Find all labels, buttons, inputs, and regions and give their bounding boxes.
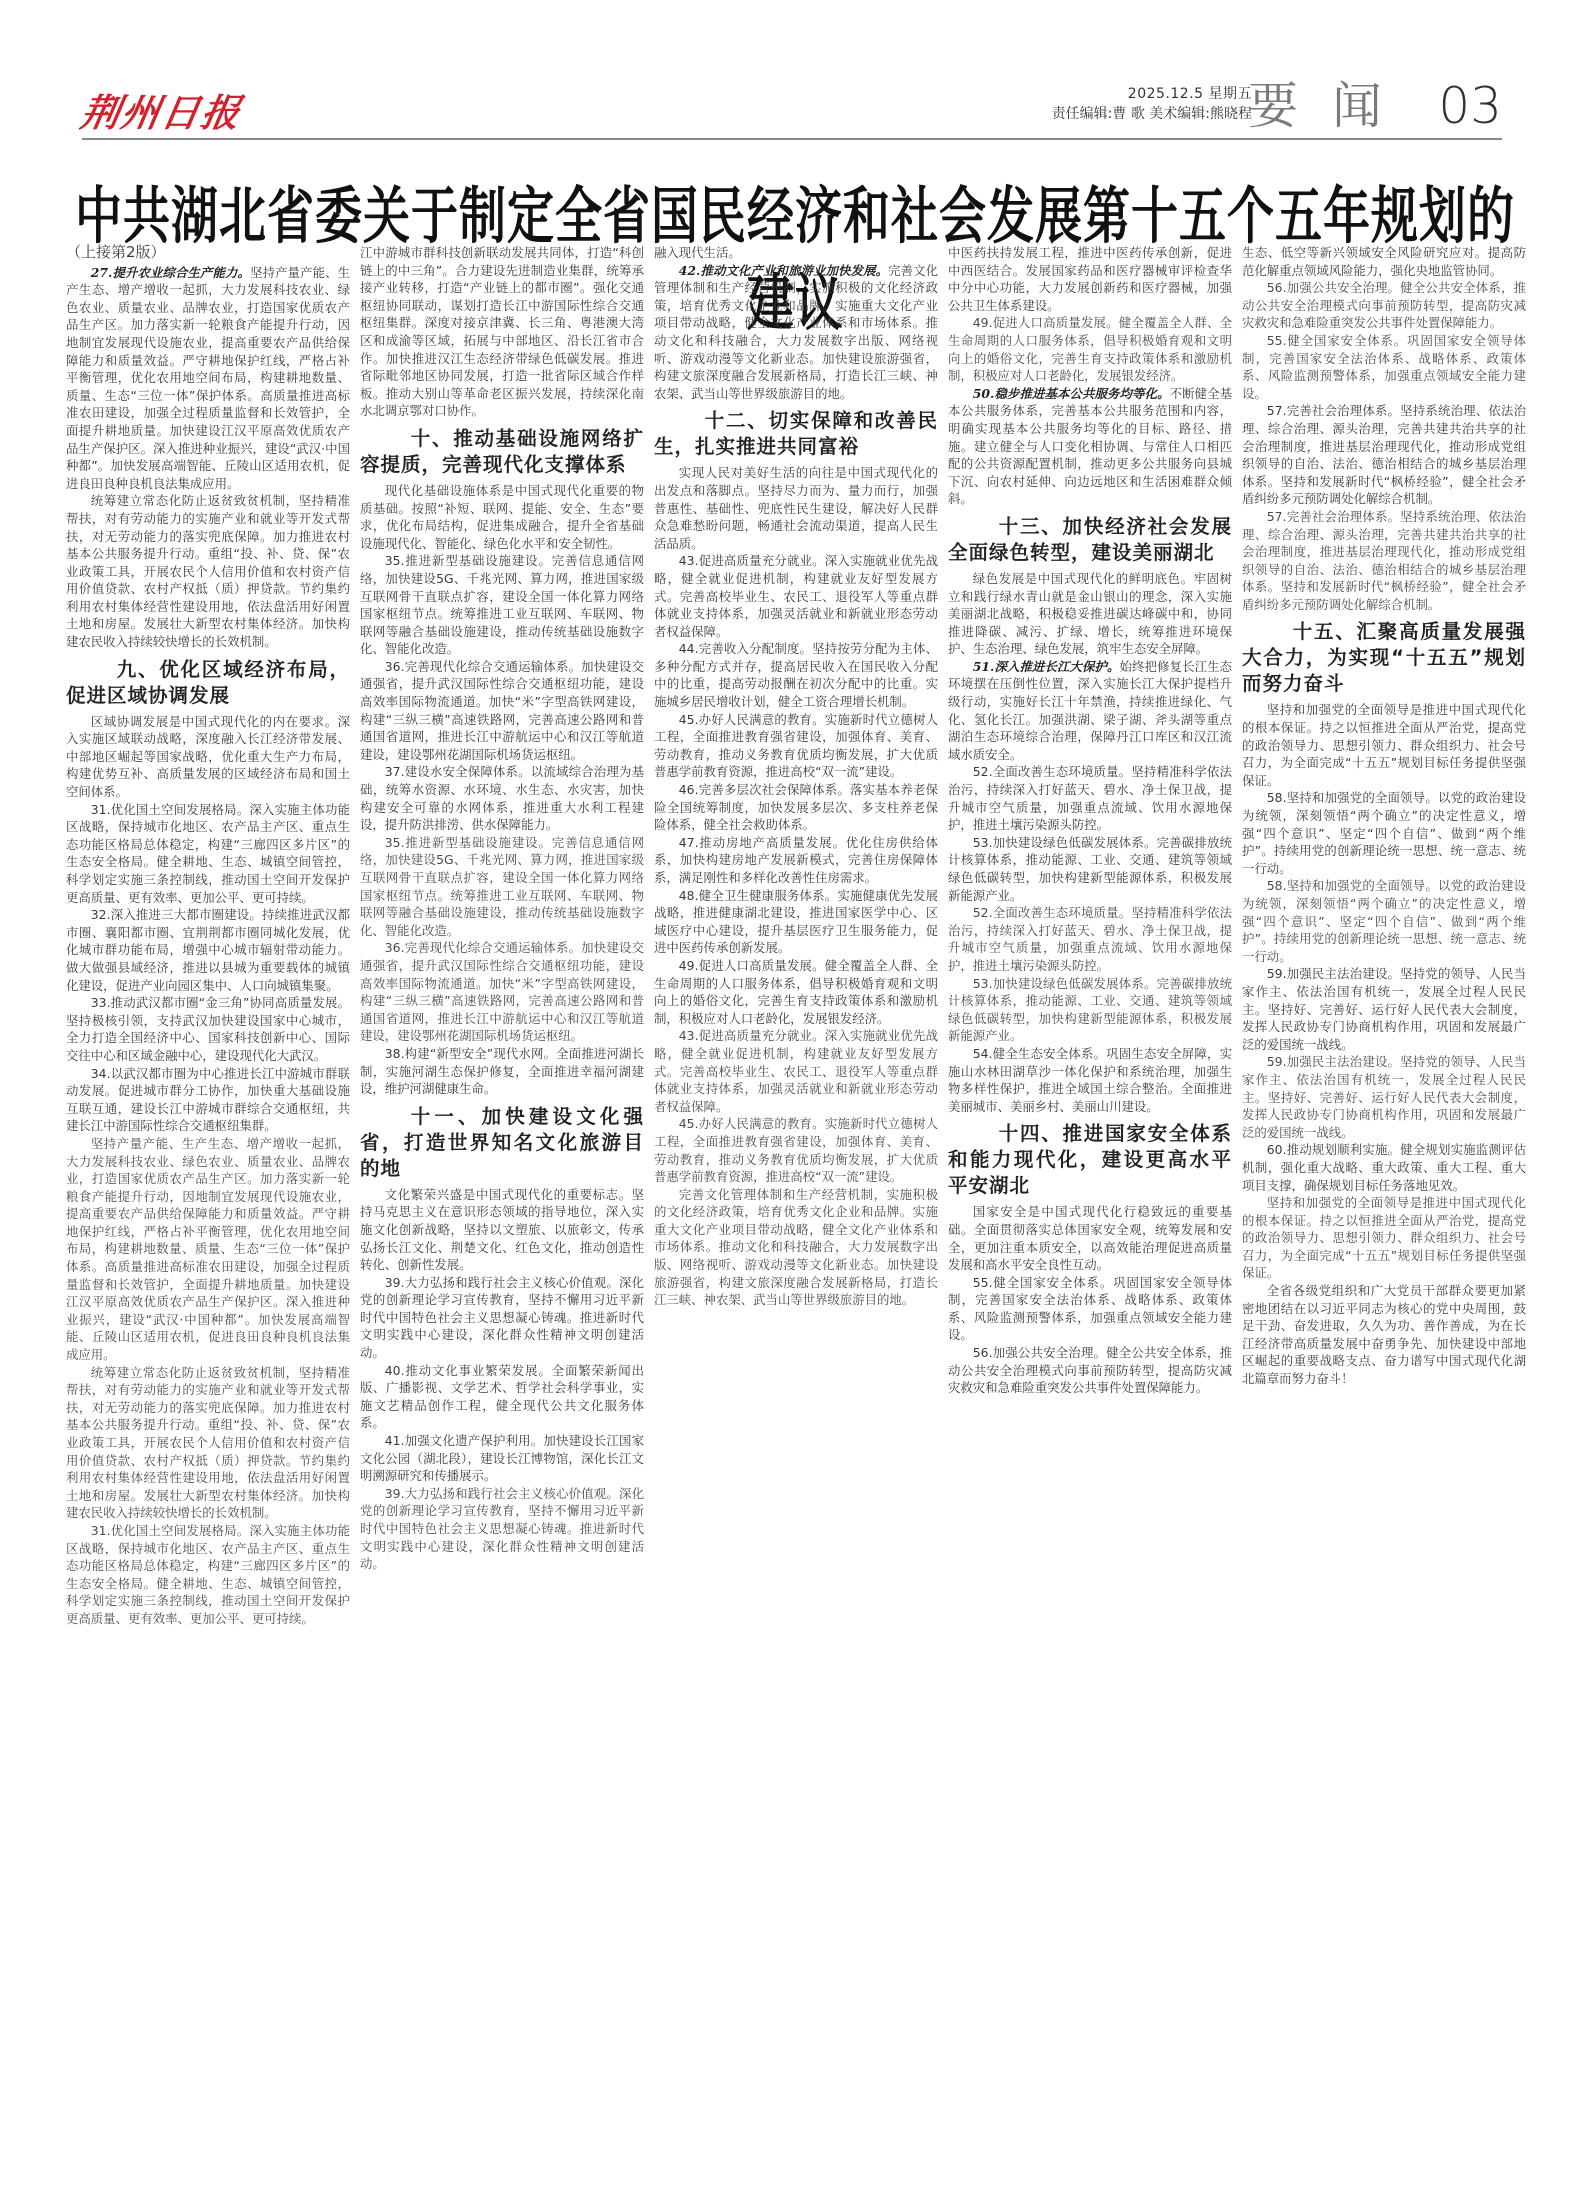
paragraph: 58.坚持和加强党的全面领导。以党的政治建设为统领，深刻领悟“两个确立”的决定性… — [1242, 877, 1526, 965]
section-name: 要闻 — [1248, 78, 1416, 134]
paragraph: 59.加强民主法治建设。坚持党的领导、人民当家作主、依法治国有机统一，发展全过程… — [1242, 1053, 1526, 1141]
paragraph: 53.加快建设绿色低碳发展体系。完善碳排放统计核算体系，推动能源、工业、交通、建… — [948, 834, 1232, 904]
paragraph: 45.办好人民满意的教育。实施新时代立德树人工程，全面推进教育强省建设，加强体育… — [654, 1115, 938, 1185]
paragraph: 实现人民对美好生活的向往是中国式现代化的出发点和落脚点。坚持尽力而为、量力而行，… — [654, 464, 938, 552]
paragraph: 52.全面改善生态环境质量。坚持精准科学依法治污，持续深入打好蓝天、碧水、净土保… — [948, 763, 1232, 833]
paragraph: 35.推进新型基础设施建设。完善信息通信网络，加快建设5G、千兆光网、算力网，推… — [360, 834, 644, 940]
issue-date: 2025.12.5 星期五 — [1052, 84, 1252, 104]
paragraph: 53.加快建设绿色低碳发展体系。完善碳排放统计核算体系，推动能源、工业、交通、建… — [948, 975, 1232, 1045]
paragraph: 绿色发展是中国式现代化的鲜明底色。牢固树立和践行绿水青山就是金山银山的理念，深入… — [948, 570, 1232, 658]
paragraph: 27.提升农业综合生产能力。坚持产量产能、生产生态、增产增收一起抓，大力发展科技… — [66, 264, 350, 493]
paragraph: 38.构建“新型安全”现代水网。全面推进河湖长制，实施河湖生态保护修复，全面推进… — [360, 1045, 644, 1098]
paragraph: 49.促进人口高质量发展。健全覆盖全人群、全生命周期的人口服务体系，倡导积极婚育… — [654, 957, 938, 1027]
closing-paragraph: 全省各级党组织和广大党员干部群众要更加紧密地团结在以习近平同志为核心的党中央周围… — [1242, 1282, 1526, 1388]
paragraph: 34.以武汉都市圈为中心推进长江中游城市群联动发展。促进城市群分工协作，加快重大… — [66, 1065, 350, 1135]
item-title: 50.稳步推进基本公共服务均等化。 — [973, 386, 1170, 401]
item-title: 42.推动文化产业和旅游业加快发展。 — [679, 263, 888, 278]
continued-from: （上接第2版） — [66, 244, 350, 262]
paragraph: 坚持产量产能、生产生态、增产增收一起抓，大力发展科技农业、绿色农业、质量农业、品… — [66, 1135, 350, 1364]
paragraph: 文化繁荣兴盛是中国式现代化的重要标志。坚持马克思主义在意识形态领域的指导地位，深… — [360, 1186, 644, 1274]
paragraph: 57.完善社会治理体系。坚持系统治理、依法治理、综合治理、源头治理，完善共建共治… — [1242, 508, 1526, 614]
paragraph: 57.完善社会治理体系。坚持系统治理、依法治理、综合治理、源头治理，完善共建共治… — [1242, 402, 1526, 508]
paragraph: 52.全面改善生态环境质量。坚持精准科学依法治污，持续深入打好蓝天、碧水、净土保… — [948, 904, 1232, 974]
paragraph: 44.完善收入分配制度。坚持按劳分配为主体、多种分配方式并存，提高居民收入在国民… — [654, 640, 938, 710]
paragraph: 56.加强公共安全治理。健全公共安全体系，推动公共安全治理模式向事前预防转型，提… — [948, 1344, 1232, 1397]
section-heading-10: 十、推动基础设施网络扩容提质，完善现代化支撑体系 — [360, 426, 644, 478]
paragraph: 56.加强公共安全治理。健全公共安全体系，推动公共安全治理模式向事前预防转型，提… — [1242, 279, 1526, 332]
paragraph: 统筹建立常态化防止返贫致贫机制，坚持精准帮扶，对有劳动能力的实施产业和就业等开发… — [66, 1364, 350, 1522]
paragraph: 55.健全国家安全体系。巩固国家安全领导体制，完善国家安全法治体系、战略体系、政… — [1242, 332, 1526, 402]
section-heading-11: 十一、加快建设文化强省，打造世界知名文化旅游目的地 — [360, 1104, 644, 1182]
section-heading-12: 十二、切实保障和改善民生，扎实推进共同富裕 — [654, 408, 938, 460]
paragraph: 坚持和加强党的全面领导是推进中国式现代化的根本保证。持之以恒推进全面从严治党，提… — [1242, 701, 1526, 789]
paragraph: 江中游城市群科技创新联动发展共同体，打造“科创链上的中三角”。合力建设先进制造业… — [360, 244, 644, 420]
paragraph: 区域协调发展是中国式现代化的内在要求。深入实施区域联动战略，深度融入长江经济带发… — [66, 713, 350, 801]
section-heading-9: 九、优化区域经济布局，促进区域协调发展 — [66, 657, 350, 709]
article-body: （上接第2版） 27.提升农业综合生产能力。坚持产量产能、生产生态、增产增收一起… — [66, 244, 1526, 2184]
masthead: 荆州日报 2025.12.5 星期五 责任编辑:曹 歌 美术编辑:熊晓程 要闻 … — [82, 78, 1502, 140]
paragraph: 45.办好人民满意的教育。实施新时代立德树人工程，全面推进教育强省建设，加强体育… — [654, 711, 938, 781]
section-heading-13: 十三、加快经济社会发展全面绿色转型，建设美丽湖北 — [948, 514, 1232, 566]
column-3: 融入现代生活。 42.推动文化产业和旅游业加快发展。完善文化管理体制和生产经营机… — [654, 244, 938, 2184]
paragraph: 35.推进新型基础设施建设。完善信息通信网络，加快建设5G、千兆光网、算力网，推… — [360, 552, 644, 658]
paragraph: 51.深入推进长江大保护。始终把修复长江生态环境摆在压倒性位置，深入实施长江大保… — [948, 658, 1232, 764]
column-1: （上接第2版） 27.提升农业综合生产能力。坚持产量产能、生产生态、增产增收一起… — [66, 244, 350, 2184]
column-4: 中医药扶持发展工程，推进中医药传承创新，促进中西医结合。发展国家药品和医疗器械审… — [948, 244, 1232, 2184]
paragraph: 37.建设水安全保障体系。以流域综合治理为基础，统筹水资源、水环境、水生态、水灾… — [360, 763, 644, 833]
paragraph: 49.促进人口高质量发展。健全覆盖全人群、全生命周期的人口服务体系，倡导积极婚育… — [948, 314, 1232, 384]
paragraph: 48.健全卫生健康服务体系。实施健康优先发展战略，推进健康湖北建设，推进国家医学… — [654, 887, 938, 957]
paragraph: 现代化基础设施体系是中国式现代化重要的物质基础。按照“补短、联网、提能、安全、生… — [360, 482, 644, 552]
paragraph: 国家安全是中国式现代化行稳致远的重要基础。全面贯彻落实总体国家安全观，统筹发展和… — [948, 1203, 1232, 1273]
paragraph: 32.深入推进三大都市圈建设。持续推进武汉都市圈、襄阳都市圈、宜荆荆都市圈同城化… — [66, 906, 350, 994]
item-title: 51.深入推进长江大保护。 — [973, 659, 1120, 674]
section-heading-15: 十五、汇聚高质量发展强大合力，为实现“十五五”规划而努力奋斗 — [1242, 619, 1526, 697]
paragraph: 完善文化管理体制和生产经营机制，实施积极的文化经济政策，培育优秀文化企业和品牌。… — [654, 1186, 938, 1309]
paragraph: 39.大力弘扬和践行社会主义核心价值观。深化党的创新理论学习宣传教育，坚持不懈用… — [360, 1274, 644, 1362]
paragraph: 42.推动文化产业和旅游业加快发展。完善文化管理体制和生产经营机制，实施积极的文… — [654, 262, 938, 403]
paragraph: 31.优化国土空间发展格局。深入实施主体功能区战略，保持城市化地区、农产品主产区… — [66, 801, 350, 907]
paragraph: 59.加强民主法治建设。坚持党的领导、人民当家作主、依法治国有机统一，发展全过程… — [1242, 965, 1526, 1053]
paragraph: 36.完善现代化综合交通运输体系。加快建设交通强省，提升武汉国际性综合交通枢纽功… — [360, 658, 644, 764]
paragraph: 41.加强文化遗产保护利用。加快建设长江国家文化公园（湖北段），建设长江博物馆，… — [360, 1432, 644, 1485]
editors-credit: 责任编辑:曹 歌 美术编辑:熊晓程 — [1052, 104, 1252, 124]
column-2: 江中游城市群科技创新联动发展共同体，打造“科创链上的中三角”。合力建设先进制造业… — [360, 244, 644, 2184]
paragraph: 46.完善多层次社会保障体系。落实基本养老保险全国统筹制度，加快发展多层次、多支… — [654, 781, 938, 834]
paragraph: 60.推动规划顺利实施。健全规划实施监测评估机制，强化重大战略、重大政策、重大工… — [1242, 1141, 1526, 1194]
paragraph: 39.大力弘扬和践行社会主义核心价值观。深化党的创新理论学习宣传教育，坚持不懈用… — [360, 1485, 644, 1573]
paragraph: 54.健全生态安全体系。巩固生态安全屏障，实施山水林田湖草沙一体化保护和系统治理… — [948, 1045, 1232, 1115]
paragraph: 中医药扶持发展工程，推进中医药传承创新，促进中西医结合。发展国家药品和医疗器械审… — [948, 244, 1232, 314]
section-heading-14: 十四、推进国家安全体系和能力现代化，建设更高水平平安湖北 — [948, 1121, 1232, 1199]
issue-meta: 2025.12.5 星期五 责任编辑:曹 歌 美术编辑:熊晓程 — [1052, 84, 1252, 124]
newspaper-logo: 荆州日报 — [77, 82, 247, 137]
paragraph: 50.稳步推进基本公共服务均等化。不断健全基本公共服务体系，完善基本公共服务范围… — [948, 385, 1232, 508]
paragraph: 40.推动文化事业繁荣发展。全面繁荣新闻出版、广播影视、文学艺术、哲学社会科学事… — [360, 1362, 644, 1432]
paragraph: 33.推动武汉都市圈“金三角”协同高质量发展。坚持极核引领，支持武汉加快建设国家… — [66, 994, 350, 1064]
item-title: 27.提升农业综合生产能力。 — [91, 265, 250, 280]
paragraph: 融入现代生活。 — [654, 244, 938, 262]
paragraph: 58.坚持和加强党的全面领导。以党的政治建设为统领，深刻领悟“两个确立”的决定性… — [1242, 789, 1526, 877]
paragraph: 47.推动房地产高质量发展。优化住房供给体系，加快构建房地产发展新模式，完善住房… — [654, 834, 938, 887]
paragraph: 统筹建立常态化防止返贫致贫机制，坚持精准帮扶，对有劳动能力的实施产业和就业等开发… — [66, 492, 350, 650]
page-number: 03 — [1438, 78, 1502, 134]
column-5: 生态、低空等新兴领域安全风险研究应对。提高防范化解重点领域风险能力，强化央地监管… — [1242, 244, 1526, 2184]
paragraph: 55.健全国家安全体系。巩固国家安全领导体制，完善国家安全法治体系、战略体系、政… — [948, 1274, 1232, 1344]
paragraph: 坚持和加强党的全面领导是推进中国式现代化的根本保证。持之以恒推进全面从严治党，提… — [1242, 1194, 1526, 1282]
paragraph: 43.促进高质量充分就业。深入实施就业优先战略，健全就业促进机制，构建就业友好型… — [654, 552, 938, 640]
paragraph: 36.完善现代化综合交通运输体系。加快建设交通强省，提升武汉国际性综合交通枢纽功… — [360, 939, 644, 1045]
paragraph: 31.优化国土空间发展格局。深入实施主体功能区战略，保持城市化地区、农产品主产区… — [66, 1522, 350, 1628]
paragraph: 生态、低空等新兴领域安全风险研究应对。提高防范化解重点领域风险能力，强化央地监管… — [1242, 244, 1526, 279]
paragraph: 43.促进高质量充分就业。深入实施就业优先战略，健全就业促进机制，构建就业友好型… — [654, 1027, 938, 1115]
